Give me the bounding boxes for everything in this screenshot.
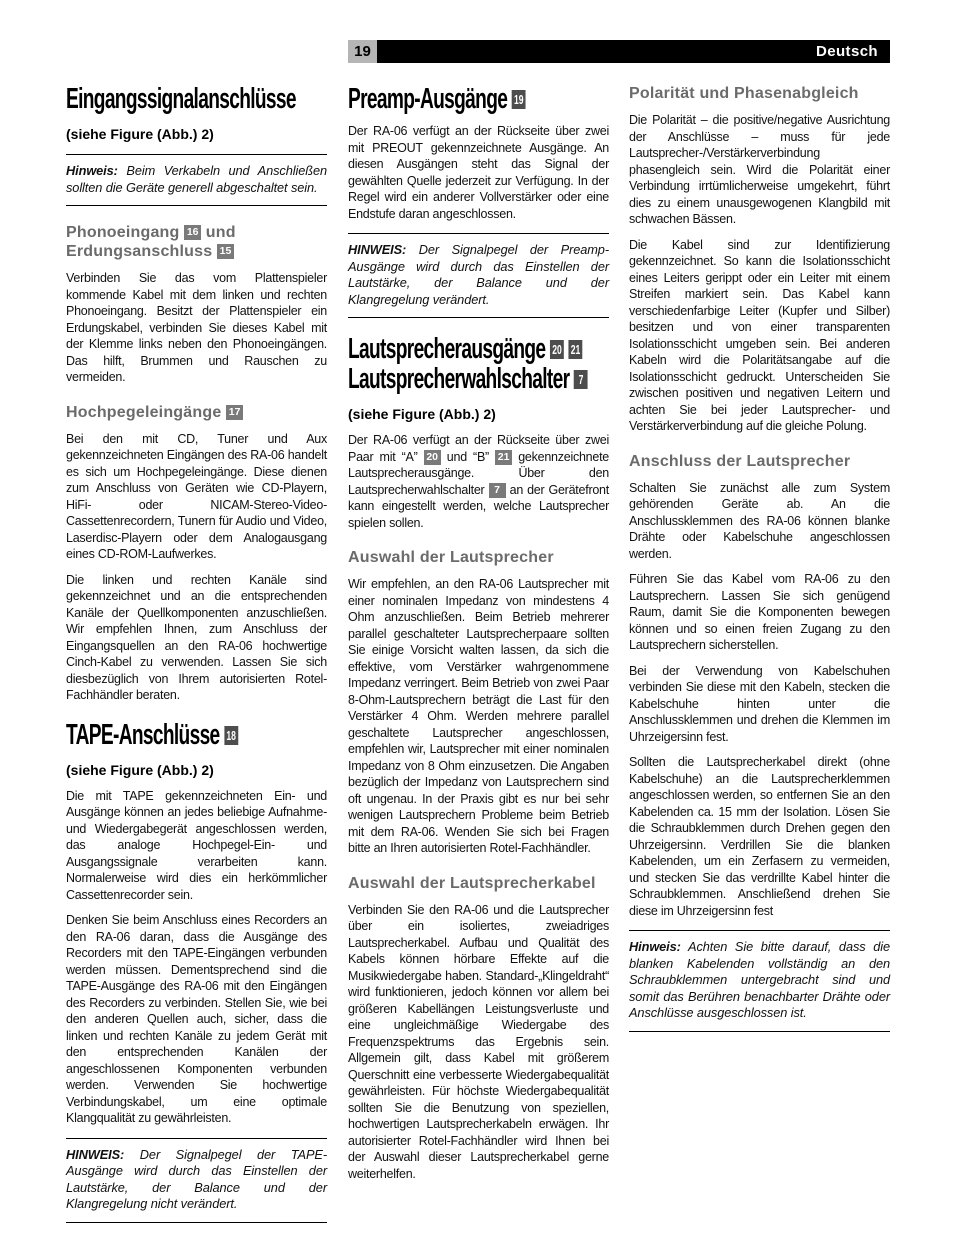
- paragraph: Die linken und rechten Kanäle sind geken…: [66, 572, 327, 704]
- text-run: Hochpegeleingänge: [66, 404, 226, 421]
- text-run: Verbinden Sie den RA-06 und die Lautspre…: [348, 903, 609, 1181]
- text-run: Wir empfehlen, an den RA-06 Lautsprecher…: [348, 577, 609, 855]
- section-heading: Polarität und Phasenabgleich: [629, 84, 890, 103]
- section-heading: Hochpegeleingänge 17: [66, 403, 327, 422]
- ref-badge: 20: [424, 450, 441, 465]
- note-label: Hinweis:: [629, 939, 681, 954]
- column-3: Polarität und PhasenabgleichDie Polaritä…: [629, 84, 890, 1043]
- ref-badge: 18: [224, 726, 238, 745]
- ref-badge: 7: [574, 370, 588, 389]
- paragraph: Bei den mit CD, Tuner und Aux gekennzeic…: [66, 431, 327, 563]
- column-2: Preamp-Ausgänge 19Der RA-06 verfügt an d…: [348, 84, 609, 1191]
- text-run: Auswahl der Lautsprecher: [348, 549, 554, 566]
- paragraph: Bei der Verwendung von Kabelschuhen verb…: [629, 663, 890, 746]
- note: HINWEIS: Der Signalpegel der Preamp-Ausg…: [348, 233, 609, 318]
- text-run: Die Kabel sind zur Identifizierung geken…: [629, 238, 890, 434]
- text-run: Schalten Sie zunächst alle zum System ge…: [629, 481, 890, 561]
- text-run: Bei der Verwendung von Kabelschuhen verb…: [629, 664, 890, 744]
- text-run: Denken Sie beim Anschluss eines Recorder…: [66, 913, 327, 1125]
- figure-reference: (siehe Figure (Abb.) 2): [66, 126, 327, 143]
- text-run: Die mit TAPE gekennzeichneten Ein- und A…: [66, 789, 327, 902]
- ref-badge: 15: [217, 244, 234, 259]
- text-run: Phonoeingang: [66, 224, 184, 241]
- page-number: 19: [348, 40, 377, 63]
- note-label: HINWEIS:: [348, 242, 406, 257]
- paragraph: Verbinden Sie das vom Plattenspieler kom…: [66, 270, 327, 386]
- ref-badge: 21: [569, 340, 583, 359]
- text-run: Die Polarität – die positive/negative Au…: [629, 113, 890, 226]
- text-run: Lautsprecherwahlschalter: [348, 363, 574, 395]
- section-heading: Auswahl der Lautsprecher: [348, 548, 609, 567]
- paragraph: Die Polarität – die positive/negative Au…: [629, 112, 890, 228]
- text-run: Anschluss der Lautsprecher: [629, 453, 850, 470]
- paragraph: Die Kabel sind zur Identifizierung geken…: [629, 237, 890, 435]
- section-title: Preamp-Ausgänge 19: [348, 84, 520, 114]
- text-run: (siehe Figure (Abb.) 2): [66, 126, 214, 142]
- text-run: Führen Sie das Kabel vom RA-06 zu den La…: [629, 572, 890, 652]
- figure-reference: (siehe Figure (Abb.) 2): [66, 762, 327, 779]
- text-run: Eingangssignalanschlüsse: [66, 83, 296, 115]
- section-heading: Phonoeingang 16 und Erdungsanschluss 15: [66, 223, 327, 261]
- page-header-bar: 19 Deutsch: [348, 40, 890, 63]
- note: Hinweis: Beim Verkabeln und Anschließen …: [66, 154, 327, 206]
- paragraph: Die mit TAPE gekennzeichneten Ein- und A…: [66, 788, 327, 904]
- note: Hinweis: Achten Sie bitte darauf, dass d…: [629, 930, 890, 1032]
- note-label: HINWEIS:: [66, 1147, 124, 1162]
- text-run: Lautsprecherausgänge: [348, 333, 550, 365]
- text-run: und “B”: [441, 450, 495, 464]
- language-label: Deutsch: [816, 40, 878, 63]
- text-run: (siehe Figure (Abb.) 2): [348, 406, 496, 422]
- note-label: Hinweis:: [66, 163, 118, 178]
- section-heading: Auswahl der Lautsprecherkabel: [348, 874, 609, 893]
- text-run: Preamp-Ausgänge: [348, 83, 512, 115]
- text-run: (siehe Figure (Abb.) 2): [66, 762, 214, 778]
- paragraph: Der RA-06 verfügt an der Rückseite über …: [348, 432, 609, 531]
- figure-reference: (siehe Figure (Abb.) 2): [348, 406, 609, 423]
- paragraph: Führen Sie das Kabel vom RA-06 zu den La…: [629, 571, 890, 654]
- paragraph: Schalten Sie zunächst alle zum System ge…: [629, 480, 890, 563]
- ref-badge: 21: [495, 450, 512, 465]
- ref-badge: 20: [550, 340, 564, 359]
- paragraph: Der RA-06 verfügt an der Rückseite über …: [348, 123, 609, 222]
- ref-badge: 17: [226, 405, 243, 420]
- text-run: Verbinden Sie das vom Plattenspieler kom…: [66, 271, 327, 384]
- ref-badge: 19: [512, 90, 526, 109]
- paragraph: Verbinden Sie den RA-06 und die Lautspre…: [348, 902, 609, 1183]
- text-run: Bei den mit CD, Tuner und Aux gekennzeic…: [66, 432, 327, 562]
- text-run: TAPE-Anschlüsse: [66, 719, 224, 751]
- section-title: TAPE-Anschlüsse 18: [66, 720, 238, 750]
- text-run: Der RA-06 verfügt an der Rückseite über …: [348, 124, 609, 221]
- text-run: Die linken und rechten Kanäle sind geken…: [66, 573, 327, 703]
- ref-badge: 16: [184, 225, 201, 240]
- paragraph: Wir empfehlen, an den RA-06 Lautsprecher…: [348, 576, 609, 857]
- ref-badge: 7: [489, 483, 506, 498]
- section-title: Eingangssignalanschlüsse: [66, 84, 238, 114]
- note: HINWEIS: Der Signalpegel der TAPE-Ausgän…: [66, 1138, 327, 1223]
- paragraph: Denken Sie beim Anschluss eines Recorder…: [66, 912, 327, 1127]
- paragraph: Sollten die Lautsprecherkabel direkt (oh…: [629, 754, 890, 919]
- column-1: Eingangssignalanschlüsse(siehe Figure (A…: [66, 84, 327, 1234]
- section-heading: Anschluss der Lautsprecher: [629, 452, 890, 471]
- text-run: Auswahl der Lautsprecherkabel: [348, 875, 596, 892]
- text-run: Polarität und Phasenabgleich: [629, 85, 859, 102]
- text-run: Sollten die Lautsprecherkabel direkt (oh…: [629, 755, 890, 918]
- section-title: Lautsprecherausgänge 20 21Lautsprecherwa…: [348, 334, 520, 394]
